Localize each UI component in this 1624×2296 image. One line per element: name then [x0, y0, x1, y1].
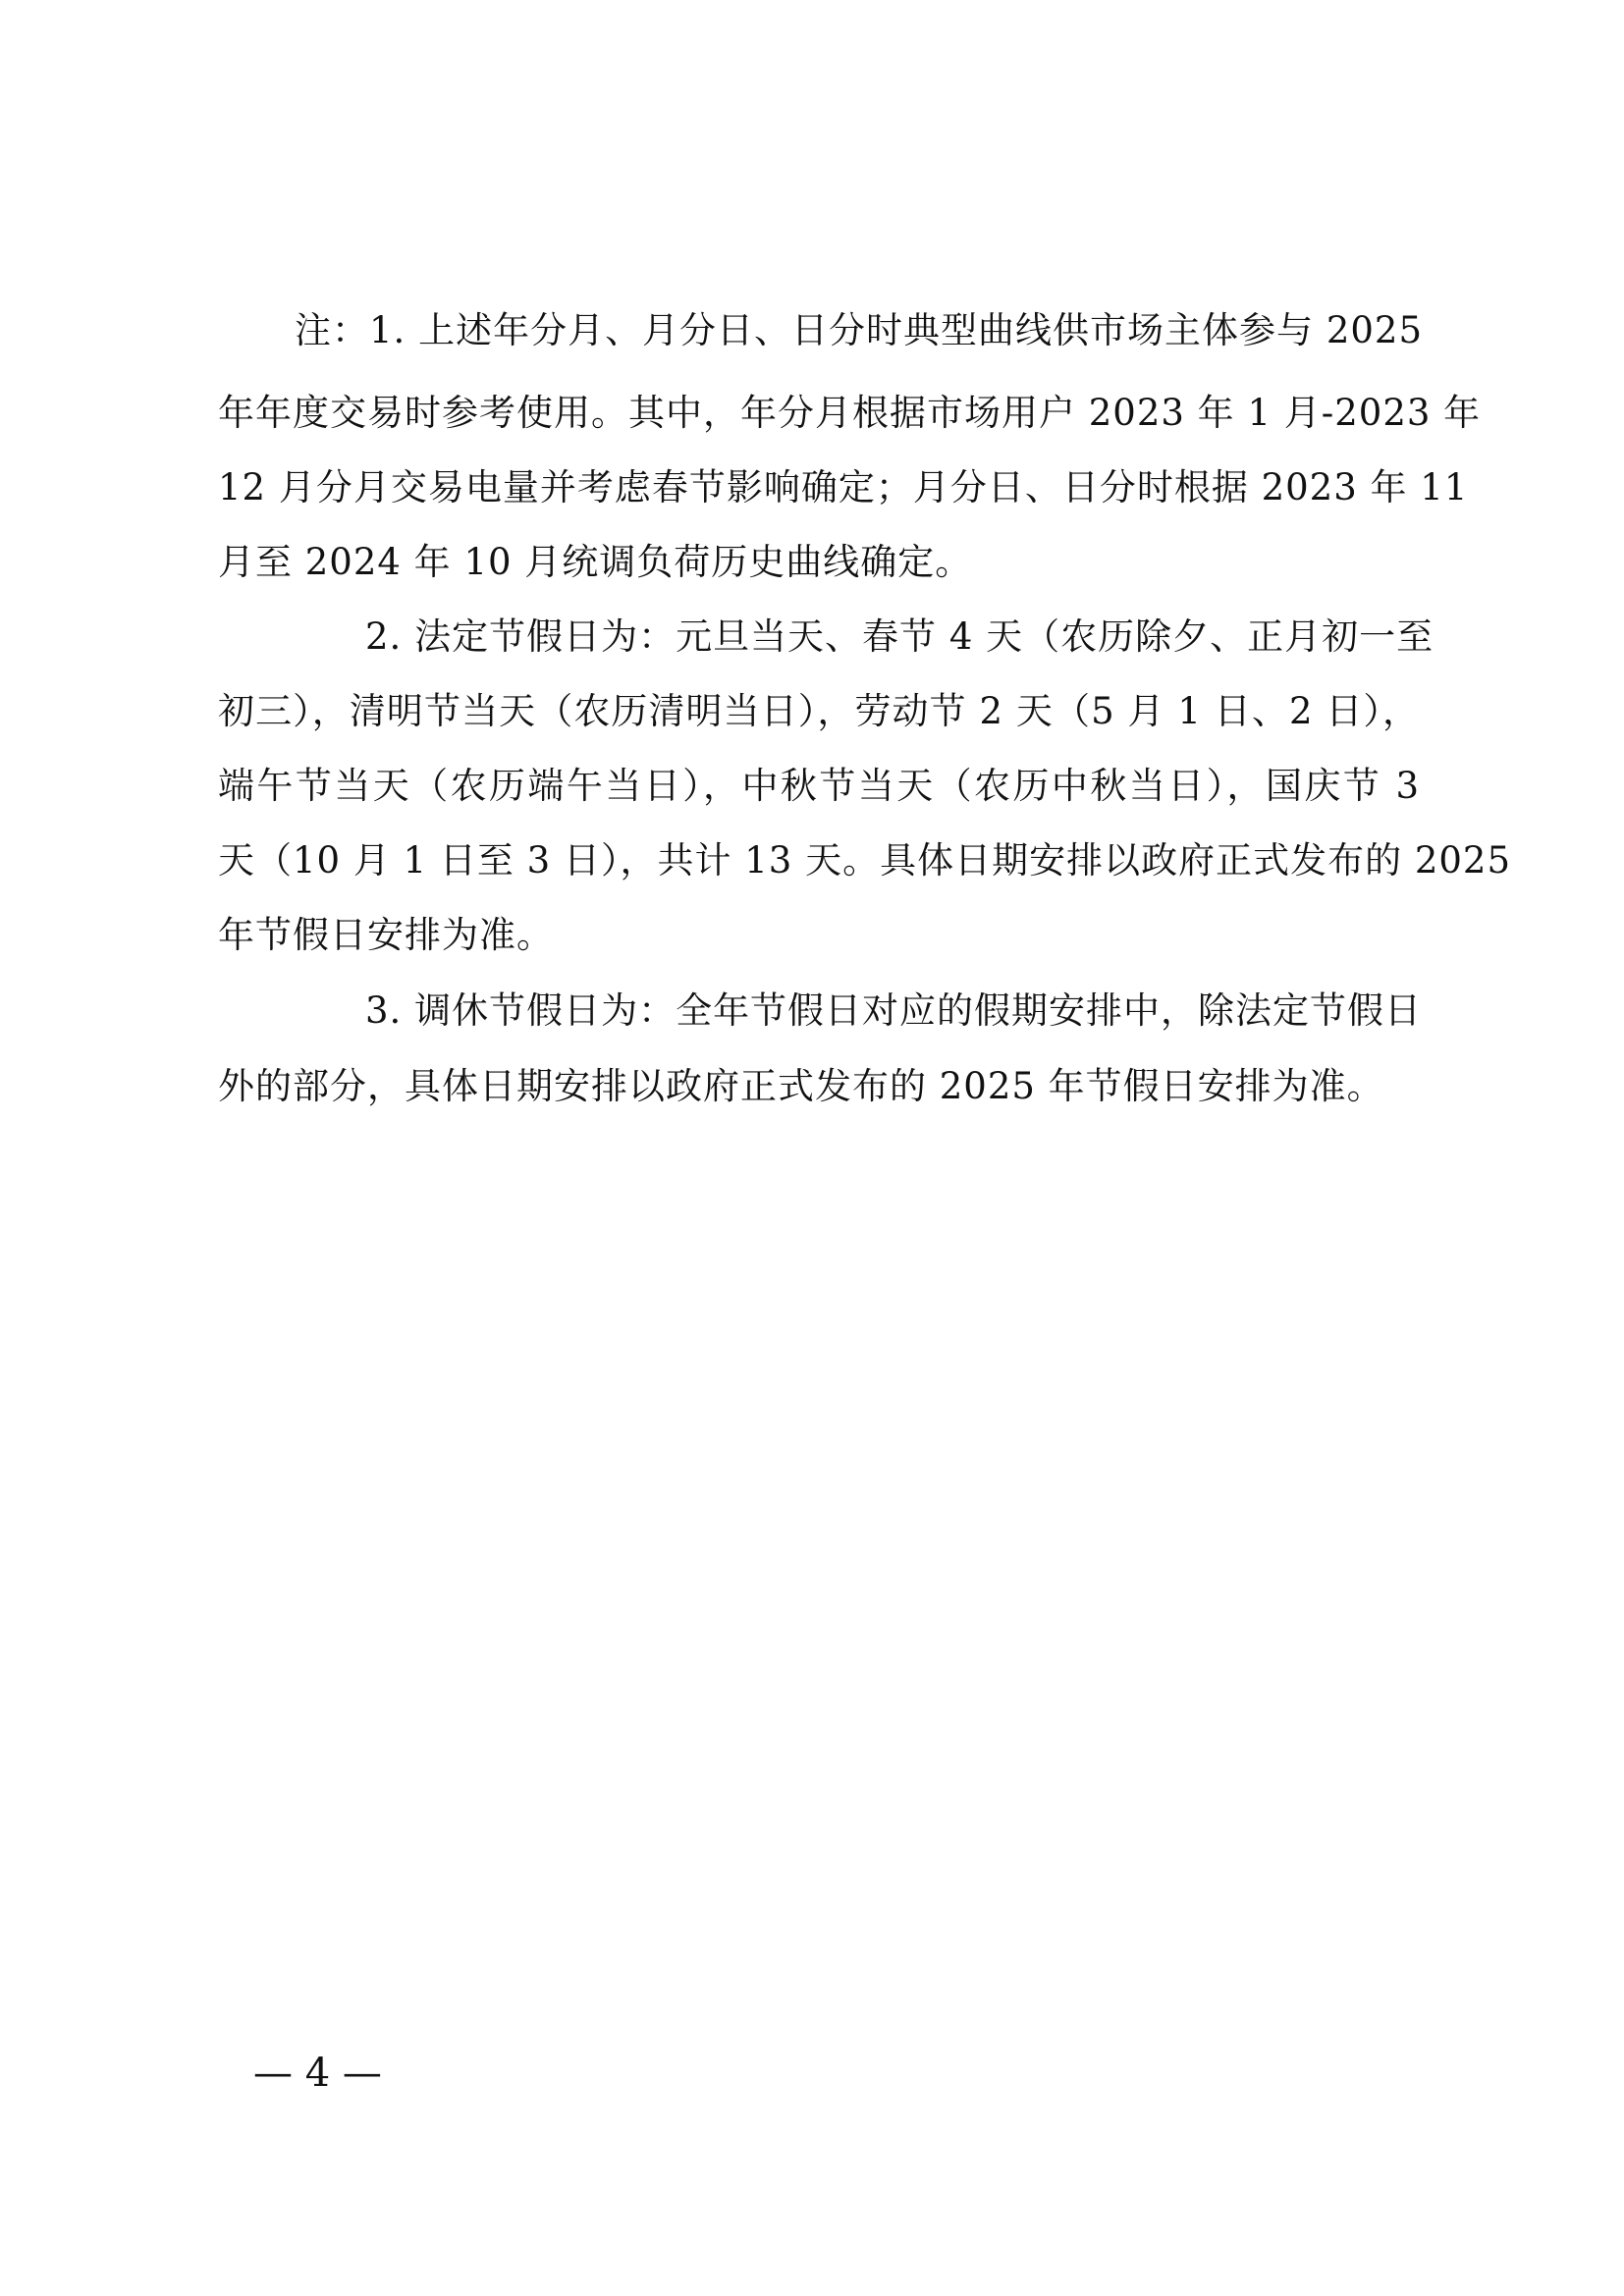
text-line: 月至 2024 年 10 月统调负荷历史曲线确定。	[218, 536, 1420, 589]
text-line: 12 月分月交易电量并考虑春节影响确定；月分日、日分时根据 2023 年 11	[218, 461, 1420, 514]
text-line: 外的部分，具体日期安排以政府正式发布的 2025 年节假日安排为准。	[218, 1060, 1420, 1113]
text-line: 注：1. 上述年分月、月分日、日分时典型曲线供市场主体参与 2025	[218, 304, 1420, 357]
document-page: 注：1. 上述年分月、月分日、日分时典型曲线供市场主体参与 2025 年年度交易…	[0, 0, 1624, 2296]
text-line: 2. 法定节假日为：元旦当天、春节 4 天（农历除夕、正月初一至	[218, 611, 1420, 664]
text-line: 端午节当天（农历端午当日），中秋节当天（农历中秋当日），国庆节 3	[218, 760, 1420, 813]
text-line: 年节假日安排为准。	[218, 909, 1420, 962]
text-line: 3. 调休节假日为：全年节假日对应的假期安排中，除法定节假日	[218, 985, 1420, 1038]
page-number: — 4 —	[253, 2047, 382, 2100]
text-line: 年年度交易时参考使用。其中，年分月根据市场用户 2023 年 1 月-2023 …	[218, 387, 1420, 440]
text-line: 初三），清明节当天（农历清明当日），劳动节 2 天（5 月 1 日、2 日），	[218, 685, 1420, 738]
text-line: 天（10 月 1 日至 3 日），共计 13 天。具体日期安排以政府正式发布的 …	[218, 834, 1420, 887]
